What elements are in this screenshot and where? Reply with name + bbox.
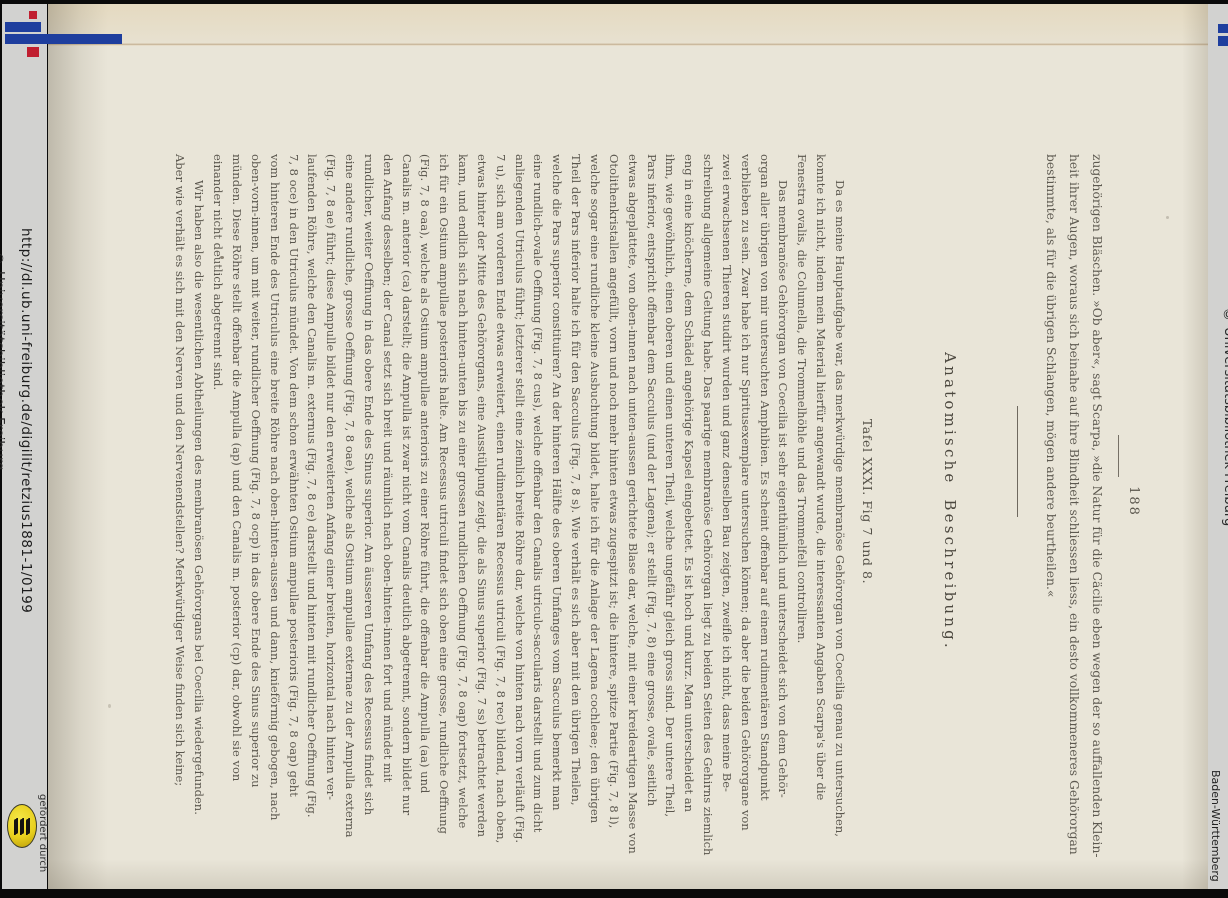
lion-glyph: [20, 819, 24, 834]
baden-wuerttemberg-arms-icon: [7, 804, 37, 848]
body-line: Otolithenkristallen angefüllt, vorn und …: [604, 154, 623, 849]
body-line: ich für ein Ostium ampullae posterioris …: [434, 154, 453, 849]
freiburg-logo-red-square: [27, 47, 39, 57]
quote-line: zugehörigen Bläschen. »Ob aber«, sagt Sc…: [1085, 154, 1108, 849]
body-line: welche die Pars superior constituiren? A…: [548, 154, 567, 849]
body-line: 7 u), sich am vorderen Ende etwas erweit…: [491, 154, 510, 849]
section-title: Anatomische Beschreibung.: [941, 154, 959, 849]
body-line: anliegenden Utriculus führt; letzterer s…: [510, 154, 529, 849]
text-column: 188 zugehörigen Bläschen. »Ob aber«, sag…: [47, 154, 1205, 849]
body-line: konnte ich nicht, indem mein Material hi…: [811, 154, 830, 849]
body-line: laufenden Röhre, welche den Canalis m. e…: [303, 154, 322, 849]
freiburg-logo-fragment: [1218, 24, 1228, 33]
quote-line: bestimmte, als für die übrigen Schlangen…: [1039, 154, 1062, 849]
body-line: etwas hinter der Mitte des Gehörorgans, …: [472, 154, 491, 849]
body-line: Theil der Pars inferior halte ich für de…: [566, 154, 585, 849]
body-line: verblieben zu sein. Zwar habe ich nur Sp…: [736, 154, 755, 849]
funding-label: gefördert durch: [37, 794, 48, 872]
page-number: 188: [1126, 154, 1141, 849]
scan-viewer: 188 zugehörigen Bläschen. »Ob aber«, sag…: [0, 0, 1228, 898]
freiburg-logo-blue-bar-long: [5, 34, 122, 44]
quote-line: heit ihrer Augen, woraus sich beinahe au…: [1062, 154, 1085, 849]
body-line: Aber wie verhält es sich mit den Nerven …: [171, 154, 190, 849]
copyright-label-right: © Universitätsbibliothek Freiburg: [1221, 308, 1228, 526]
body-line: schreibung allgemeine Geltung habe. Das …: [698, 154, 717, 849]
freiburg-logo-red-square: [29, 11, 37, 19]
baden-wuerttemberg-label: Baden-Württemberg: [1209, 770, 1222, 882]
body-line: den Anfang desselben; der Canal setzt si…: [378, 154, 397, 849]
body-line: Canalis m. anterior (ca) darstellt; die …: [397, 154, 416, 849]
body-line: eine andere rundliche, grosse Oeffnung (…: [340, 154, 359, 849]
body-line: (Fig. 7, 8 oaa), welche als Ostium ampul…: [416, 154, 435, 849]
body-line: Das membranöse Gehörorgan von Coecilia i…: [774, 154, 793, 849]
body-line: Pars inferior, entspricht offenbar dem S…: [642, 154, 661, 849]
body-text: Da es meine Hauptaufgabe war, das merkwü…: [171, 154, 849, 849]
body-line: etwas abgeplattete, von oben-innen nach …: [623, 154, 642, 849]
body-line: oben-vorn-innen, um mit weiter, rundlich…: [246, 154, 265, 849]
lion-glyph: [14, 819, 18, 834]
body-line: zwei erwachsenen Thieren studirt wurden …: [717, 154, 736, 849]
closing-quote-paragraph: zugehörigen Bläschen. »Ob aber«, sagt Sc…: [1039, 154, 1108, 849]
body-line: welche sogar eine rundliche kleine Ausbu…: [585, 154, 604, 849]
body-line: eine rundlich-ovale Oeffnung (Fig. 7, 8 …: [529, 154, 548, 849]
section-separator-rule: [1017, 406, 1018, 517]
lion-glyph: [26, 819, 30, 834]
body-line: rundlicher, weiter Oeffnung in das obere…: [359, 154, 378, 849]
rotated-page-content: 188 zugehörigen Bläschen. »Ob aber«, sag…: [47, 4, 1205, 889]
body-line: vom hinteren Ende des Utriculus eine bre…: [265, 154, 284, 849]
body-line: eng in eine knöcherne, dem Schädel angeh…: [679, 154, 698, 849]
body-line: Wir haben also die wesentlichen Abtheilu…: [189, 154, 208, 849]
body-line: kann, und endlich sich nach hinten-unten…: [453, 154, 472, 849]
body-line: einander nicht deutlich abgetrennt sind.: [208, 154, 227, 849]
copyright-label-left: © Universitätsbibliothek Freiburg: [0, 252, 6, 470]
body-line: Da es meine Hauptaufgabe war, das merkwü…: [830, 154, 849, 849]
digital-library-url: http://dl.ub.uni-freiburg.de/digilit/ret…: [18, 228, 34, 613]
body-line: ihm, wie gewöhnlich, einen oberen und ei…: [661, 154, 680, 849]
body-line: 7, 8 oce) in den Utriculus mündet. Von d…: [284, 154, 303, 849]
freiburg-logo-blue-bar: [5, 22, 41, 32]
plate-subtitle: Tafel XXXI. Fig 7 und 8.: [860, 154, 875, 849]
page-number-rule: [1118, 435, 1119, 477]
freiburg-logo-fragment: [1218, 36, 1228, 46]
body-line: (Fig. 7, 8 ae) führt; diese Ampulle bild…: [321, 154, 340, 849]
body-line: münden. Diese Röhre stellt offenbar die …: [227, 154, 246, 849]
body-line: organ aller übrigen von mir untersuchten…: [755, 154, 774, 849]
body-line: Fenestra ovalis, die Columella, die Trom…: [792, 154, 811, 849]
